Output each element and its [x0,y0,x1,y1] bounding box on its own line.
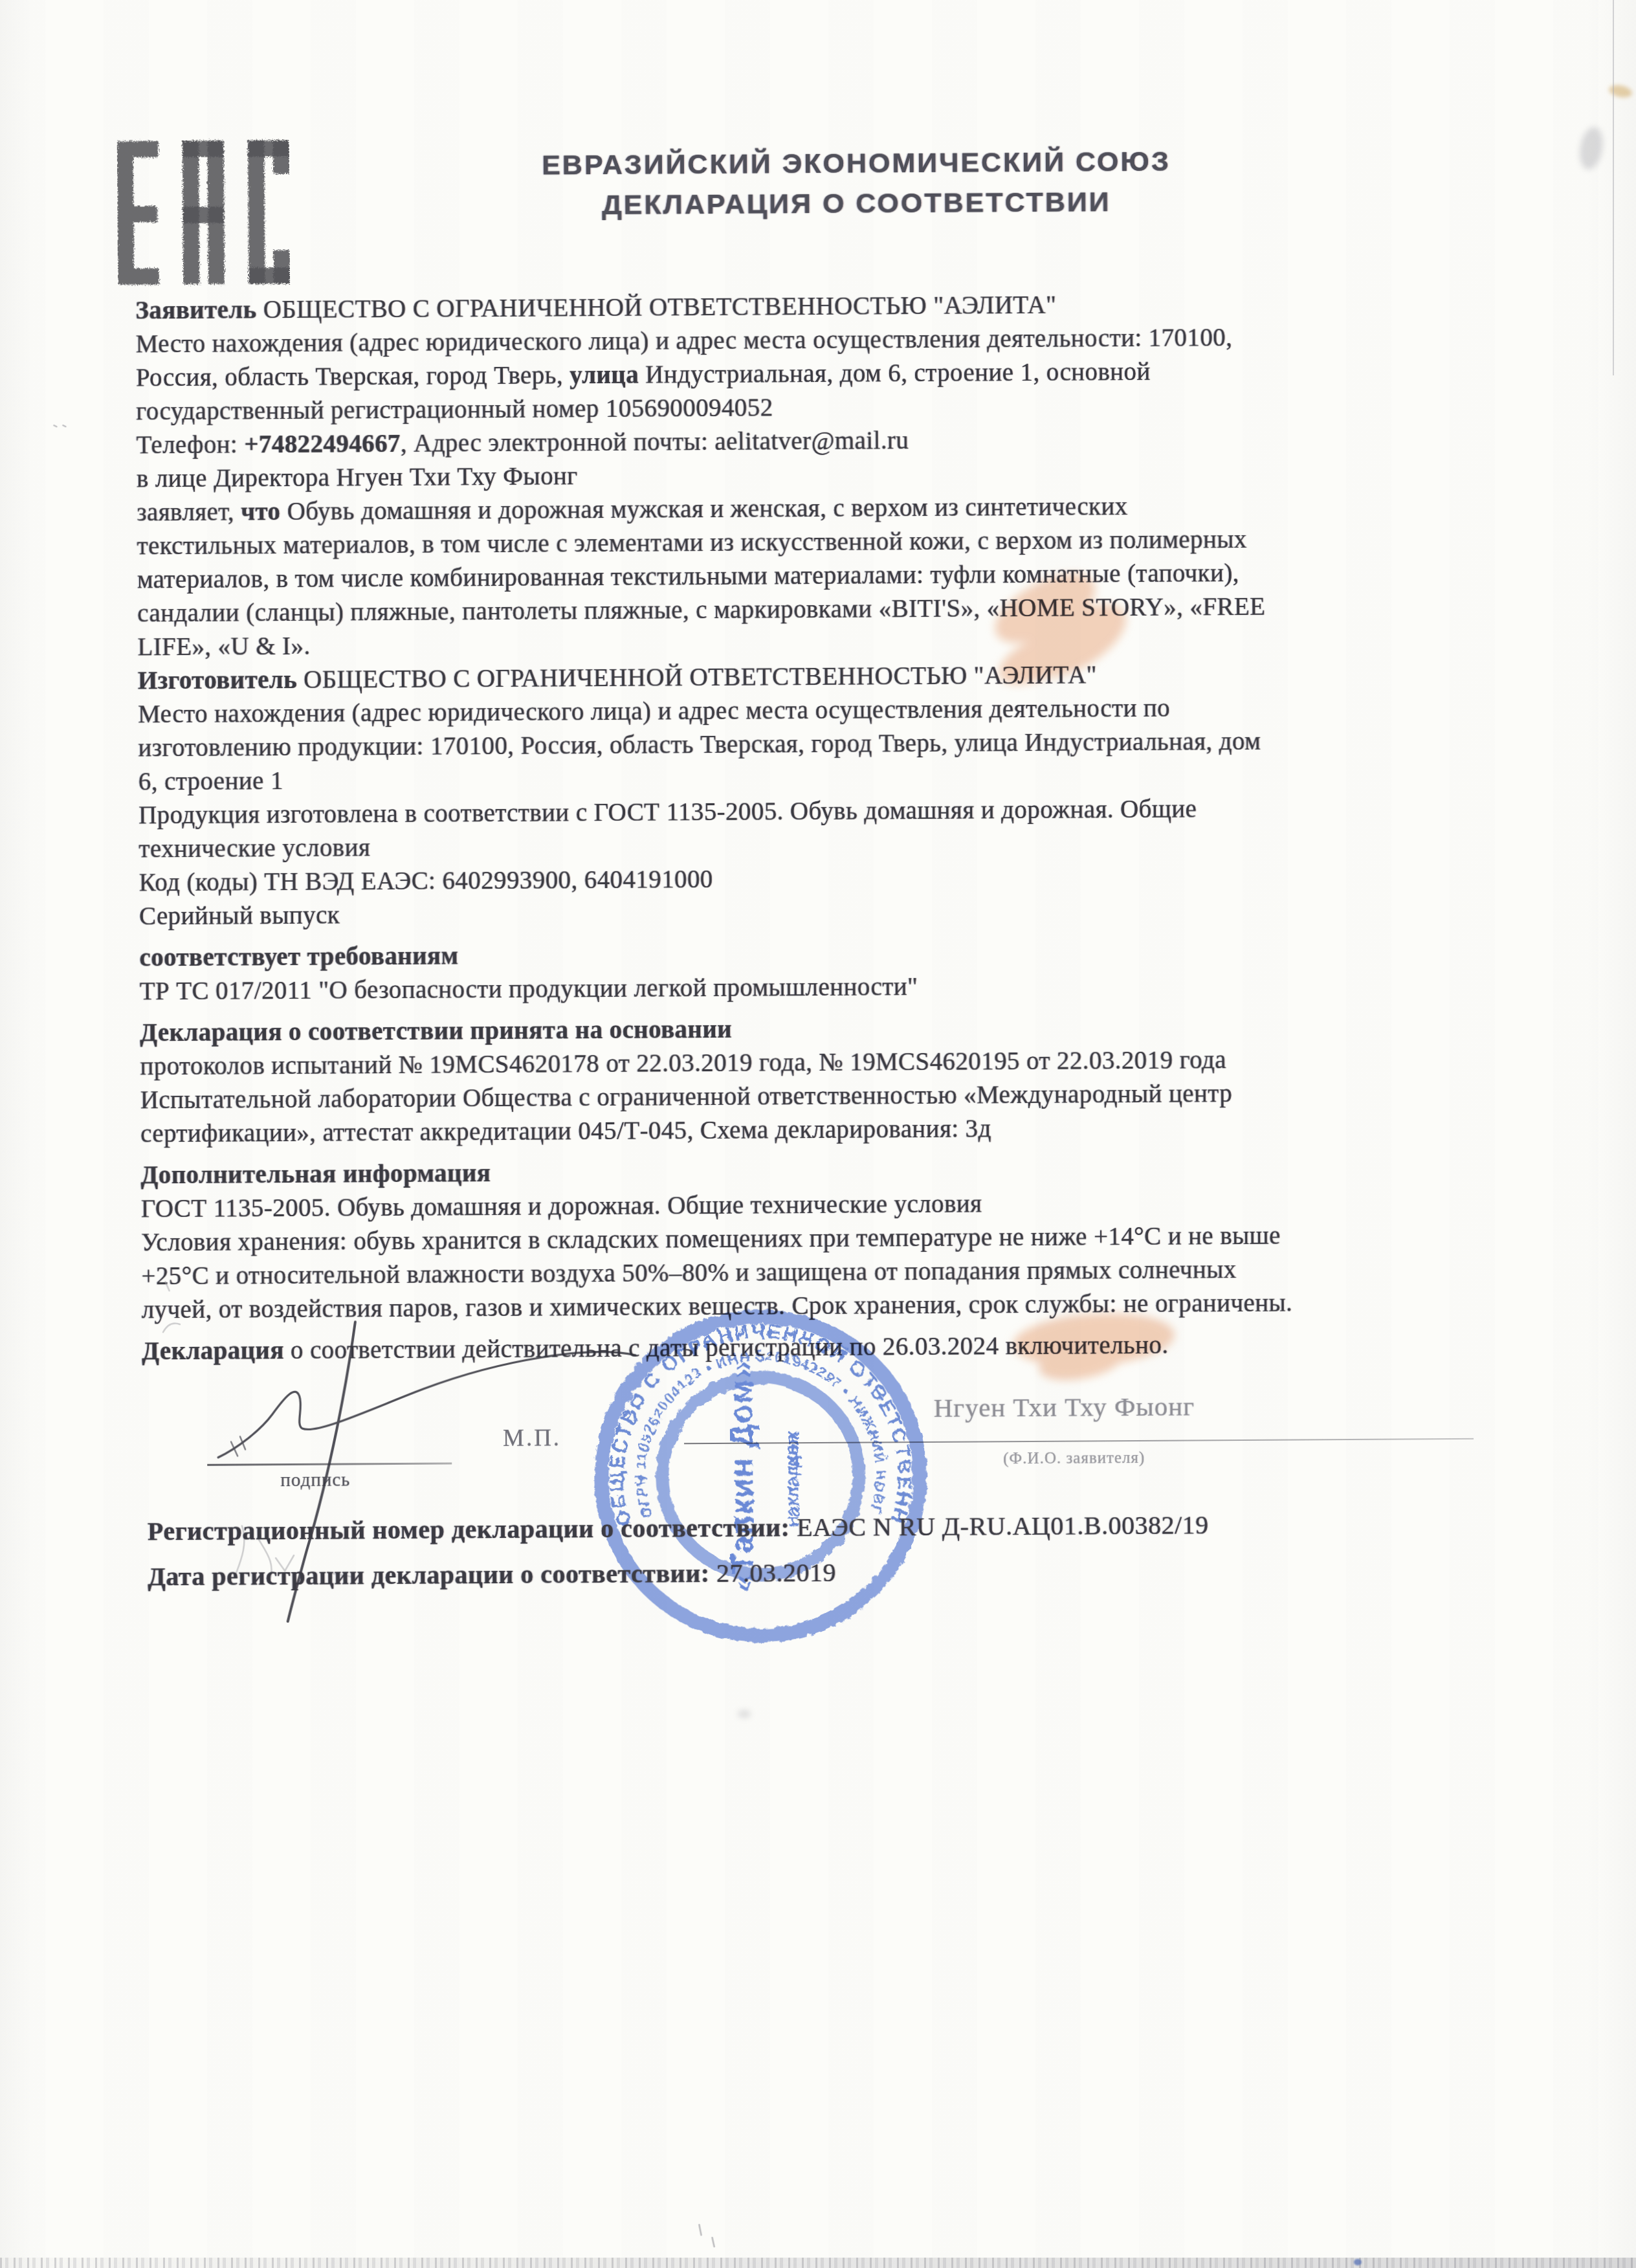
text-segment: Условия хранения: обувь хранится в склад… [141,1222,1281,1257]
stamp-place-label: М.П. [503,1424,561,1452]
text-segment: +74822494667 [244,430,401,458]
registration-date-label: Дата регистрации декларации о соответств… [148,1559,716,1591]
text-segment: изготовлению продукции: 170100, Россия, … [138,728,1261,762]
text-segment: Декларация о соответствии принята на осн… [140,1016,732,1047]
text-segment: улица [569,361,639,390]
text-segment: текстильных материалов, в том числе с эл… [137,526,1246,560]
text-segment: Телефон: [136,430,244,459]
text-segment: материалов, в том числе комбинированная … [137,559,1239,594]
text-segment: протоколов испытаний № 19MCS4620178 от 2… [140,1046,1226,1080]
text-segment: 6, строение 1 [138,767,283,795]
text-segment: Место нахождения (адрес юридического лиц… [136,324,1233,358]
text-block: Изготовитель ОБЩЕСТВО С ОГРАНИЧЕННОЙ ОТВ… [138,656,1556,799]
text-segment: технические условия [138,834,370,863]
text-segment: заявляет, [137,498,241,526]
text-segment: Индустриальная, дом 6, строение 1, основ… [639,358,1151,389]
text-segment: Россия, область Тверская, город Тверь, [136,361,569,392]
signature-caption: подпись [280,1469,350,1491]
registration-date-value: 27.03.2019 [716,1558,836,1588]
applicant-name: Нгуен Тхи Тху Фыонг [934,1390,1195,1423]
text-segment: Место нахождения (адрес юридического лиц… [138,695,1170,729]
text-segment: ГОСТ 1135-2005. Обувь домашняя и дорожна… [141,1190,982,1223]
text-segment: Серийный выпуск [139,902,340,931]
text-segment: Обувь домашняя и дорожная мужская и женс… [287,493,1128,526]
text-segment: , Адрес электронной почты: aelitatver@ma… [401,427,909,458]
text-segment: +25°С и относительной влажности воздуха … [141,1256,1236,1290]
text-segment: Изготовитель [138,666,304,695]
text-segment: ОБЩЕСТВО С ОГРАНИЧЕННОЙ ОТВЕТСТВЕННОСТЬЮ… [263,291,1057,324]
text-segment: сертификации», аттестат аккредитации 045… [140,1115,991,1148]
registration-date-line: Дата регистрации декларации о соответств… [148,1557,836,1592]
text-segment: ТР ТС 017/2011 "О безопасности продукции… [140,973,918,1005]
registration-number-label: Регистрационный номер декларации о соотв… [148,1513,797,1546]
header-union-title: ЕВРАЗИЙСКИЙ ЭКОНОМИЧЕСКИЙ СОЮЗ [448,141,1264,186]
text-block: Код (коды) ТН ВЭД ЕАЭС: 6402993900, 6404… [139,858,1557,933]
text-segment: в лице Директора Нгуен Тхи Тху Фыонг [137,462,578,493]
text-segment: государственный регистрационный номер 10… [136,394,773,425]
eac-logo-letters [117,140,290,285]
company-stamp: ОБЩЕСТВО С ОГРАНИЧЕННОЙ ОТВЕТСТВЕННОСТЬЮ… [579,1294,943,1658]
text-block: соответствует требованиямТР ТС 017/2011 … [139,933,1557,1008]
text-block: заявляет, что Обувь домашняя и дорожная … [137,487,1555,664]
scanned-declaration-page: ЕВРАЗИЙСКИЙ ЭКОНОМИЧЕСКИЙ СОЮЗ ДЕКЛАРАЦИ… [0,0,1636,2268]
registration-number-line: Регистрационный номер декларации о соотв… [148,1509,1209,1546]
text-segment: LIFE», «U & I». [137,632,310,661]
blue-dot-artifact [1354,2259,1362,2265]
text-segment: что [241,498,287,526]
text-segment: соответствует требованиям [139,942,458,972]
eac-logo [117,133,290,293]
text-block: Продукция изготовлена в соответствии с Г… [138,790,1556,866]
fio-caption: (Ф.И.О. заявителя) [1003,1449,1145,1468]
body-text: Заявитель ОБЩЕСТВО С ОГРАНИЧЕННОЙ ОТВЕТС… [135,285,1559,1368]
scan-bottom-noise [0,2258,1636,2268]
header-declaration-title: ДЕКЛАРАЦИЯ О СООТВЕТСТВИИ [448,181,1264,227]
text-block: Заявитель ОБЩЕСТВО С ОГРАНИЧЕННОЙ ОТВЕТС… [135,285,1554,496]
text-segment: Продукция изготовлена в соответствии с Г… [138,795,1197,829]
stamp-inner-band [661,1377,859,1575]
registration-number-value: ЕАЭС N RU Д-RU.АЦ01.В.00382/19 [797,1510,1209,1542]
scan-edge-line [1613,0,1614,375]
text-segment: Декларация [142,1337,284,1365]
text-segment: Дополнительная информация [140,1159,491,1189]
document-content: ЕВРАЗИЙСКИЙ ЭКОНОМИЧЕСКИЙ СОЮЗ ДЕКЛАРАЦИ… [0,0,1636,2268]
text-block: Декларация о соответствии принята на осн… [140,1008,1558,1151]
text-segment: Код (коды) ТН ВЭД ЕАЭС: 6402993900, 6404… [139,865,713,896]
text-segment: Испытательной лаборатории Общества с огр… [140,1080,1233,1114]
document-header: ЕВРАЗИЙСКИЙ ЭКОНОМИЧЕСКИЙ СОЮЗ ДЕКЛАРАЦИ… [448,141,1265,227]
signature-line [207,1462,452,1465]
text-segment: ОБЩЕСТВО С ОГРАНИЧЕННОЙ ОТВЕТСТВЕННОСТЬЮ… [304,661,1097,693]
text-segment: сандалии (сланцы) пляжные, пантолеты пля… [137,593,1265,628]
text-segment: Заявитель [135,296,263,324]
gray-dot-artifact [738,1710,751,1718]
